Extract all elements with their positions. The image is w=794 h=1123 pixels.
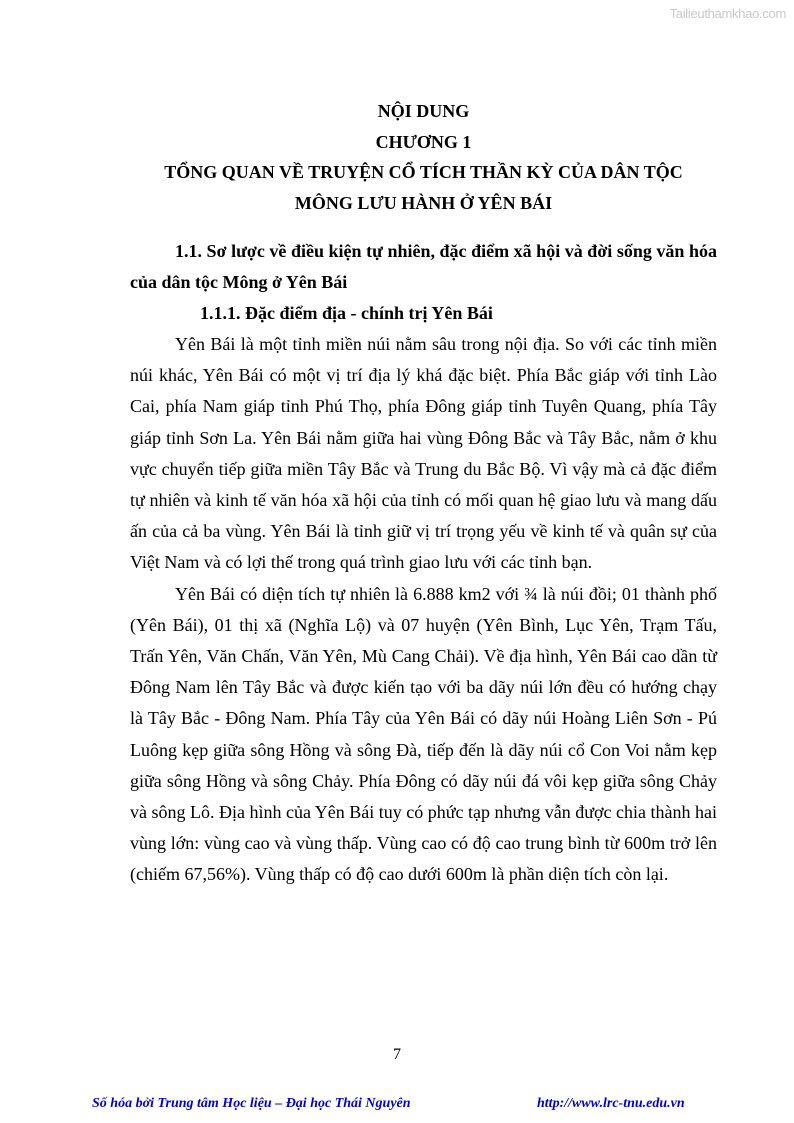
chapter-title-line2: MÔNG LƯU HÀNH Ở YÊN BÁI: [130, 188, 717, 219]
footer-credit: Số hóa bởi Trung tâm Học liệu – Đại học …: [92, 1096, 411, 1112]
chapter-title-line1: TỔNG QUAN VỀ TRUYỆN CỔ TÍCH THẦN KỲ CỦA …: [130, 157, 717, 188]
chapter-heading: CHƯƠNG 1: [130, 127, 717, 158]
content-heading: NỘI DUNG: [130, 96, 717, 127]
footer-url-link[interactable]: http://www.lrc-tnu.edu.vn: [537, 1096, 685, 1112]
body-paragraph: Yên Bái có diện tích tự nhiên là 6.888 k…: [130, 579, 717, 891]
subsection-title: 1.1.1. Đặc điểm địa - chính trị Yên Bái: [130, 298, 717, 329]
section-title: 1.1. Sơ lược về điều kiện tự nhiên, đặc …: [130, 236, 717, 298]
page-number: 7: [0, 1046, 794, 1064]
page-content: NỘI DUNG CHƯƠNG 1 TỔNG QUAN VỀ TRUYỆN CỔ…: [130, 96, 717, 891]
body-paragraph: Yên Bái là một tỉnh miền núi nằm sâu tro…: [130, 329, 717, 579]
watermark: Tailieuthamkhao.com: [670, 6, 786, 21]
